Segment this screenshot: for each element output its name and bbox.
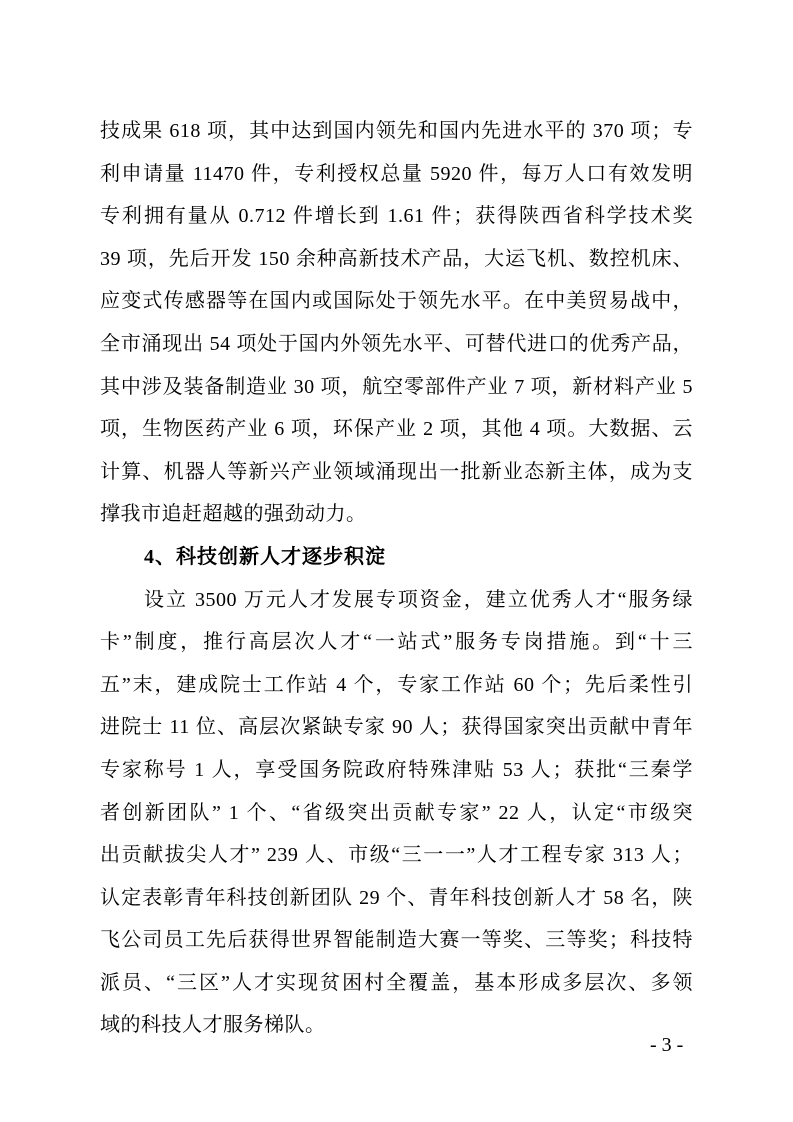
document-body: 技成果 618 项，其中达到国内领先和国内先进水平的 370 项；专利申请量 1… bbox=[100, 110, 693, 1047]
text-line: 出贡献拔尖人才” 239 人、市级“三一一”人才工程专家 313 人； bbox=[100, 834, 693, 877]
text-line: 其中涉及装备制造业 30 项，航空零部件产业 7 项，新材料产业 5 bbox=[100, 366, 693, 409]
text-line: 专利拥有量从 0.712 件增长到 1.61 件；获得陕西省科学技术奖 bbox=[100, 195, 693, 238]
text-line: 飞公司员工先后获得世界智能制造大赛一等奖、三等奖；科技特 bbox=[100, 919, 693, 962]
text-line: 应变式传感器等在国内或国际处于领先水平。在中美贸易战中， bbox=[100, 280, 693, 323]
text-line: 进院士 11 位、高层次紧缺专家 90 人；获得国家突出贡献中青年 bbox=[100, 706, 693, 749]
text-line: 计算、机器人等新兴产业领域涌现出一批新业态新主体，成为支 bbox=[100, 451, 693, 494]
text-line: 五”末，建成院士工作站 4 个，专家工作站 60 个；先后柔性引 bbox=[100, 664, 693, 707]
text-line: 卡”制度，推行高层次人才“一站式”服务专岗措施。到“十三 bbox=[100, 621, 693, 664]
page-number: - 3 - bbox=[650, 1033, 683, 1057]
text-line: 技成果 618 项，其中达到国内领先和国内先进水平的 370 项；专 bbox=[100, 110, 693, 153]
text-line: 39 项，先后开发 150 余种高新技术产品，大运飞机、数控机床、 bbox=[100, 238, 693, 281]
text-line: 撑我市追赶超越的强劲动力。 bbox=[100, 493, 693, 536]
text-line: 设立 3500 万元人才发展专项资金，建立优秀人才“服务绿 bbox=[100, 579, 693, 622]
text-line: 项，生物医药产业 6 项，环保产业 2 项，其他 4 项。大数据、云 bbox=[100, 408, 693, 451]
section-heading: 4、科技创新人才逐步积淀 bbox=[100, 536, 693, 579]
text-line: 者创新团队” 1 个、“省级突出贡献专家” 22 人，认定“市级突 bbox=[100, 792, 693, 835]
text-line: 域的科技人才服务梯队。 bbox=[100, 1004, 693, 1047]
document-page: 技成果 618 项，其中达到国内领先和国内先进水平的 370 项；专利申请量 1… bbox=[0, 0, 793, 1122]
text-line: 全市涌现出 54 项处于国内外领先水平、可替代进口的优秀产品， bbox=[100, 323, 693, 366]
text-line: 认定表彰青年科技创新团队 29 个、青年科技创新人才 58 名，陕 bbox=[100, 877, 693, 920]
text-line: 派员、“三区”人才实现贫困村全覆盖，基本形成多层次、多领 bbox=[100, 962, 693, 1005]
text-line: 专家称号 1 人，享受国务院政府特殊津贴 53 人；获批“三秦学 bbox=[100, 749, 693, 792]
text-line: 利申请量 11470 件，专利授权总量 5920 件，每万人口有效发明 bbox=[100, 153, 693, 196]
